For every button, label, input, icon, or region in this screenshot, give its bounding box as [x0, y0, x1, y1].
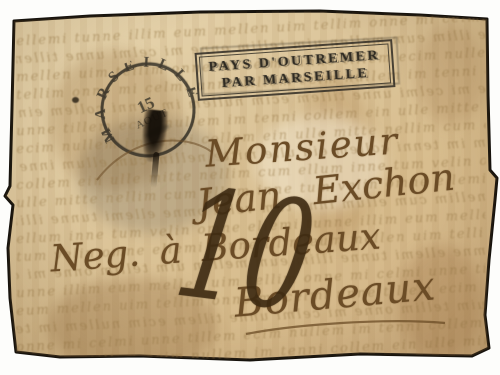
- ink-speck: [72, 97, 79, 103]
- tax-mark: 10: [167, 168, 324, 333]
- route-box-inner-frame: PAYS D'OUTREMER PAR MARSEILLE: [199, 43, 391, 96]
- photo-of-postal-cover: ellemi tunne illim eum mellen uim tellim…: [0, 0, 500, 375]
